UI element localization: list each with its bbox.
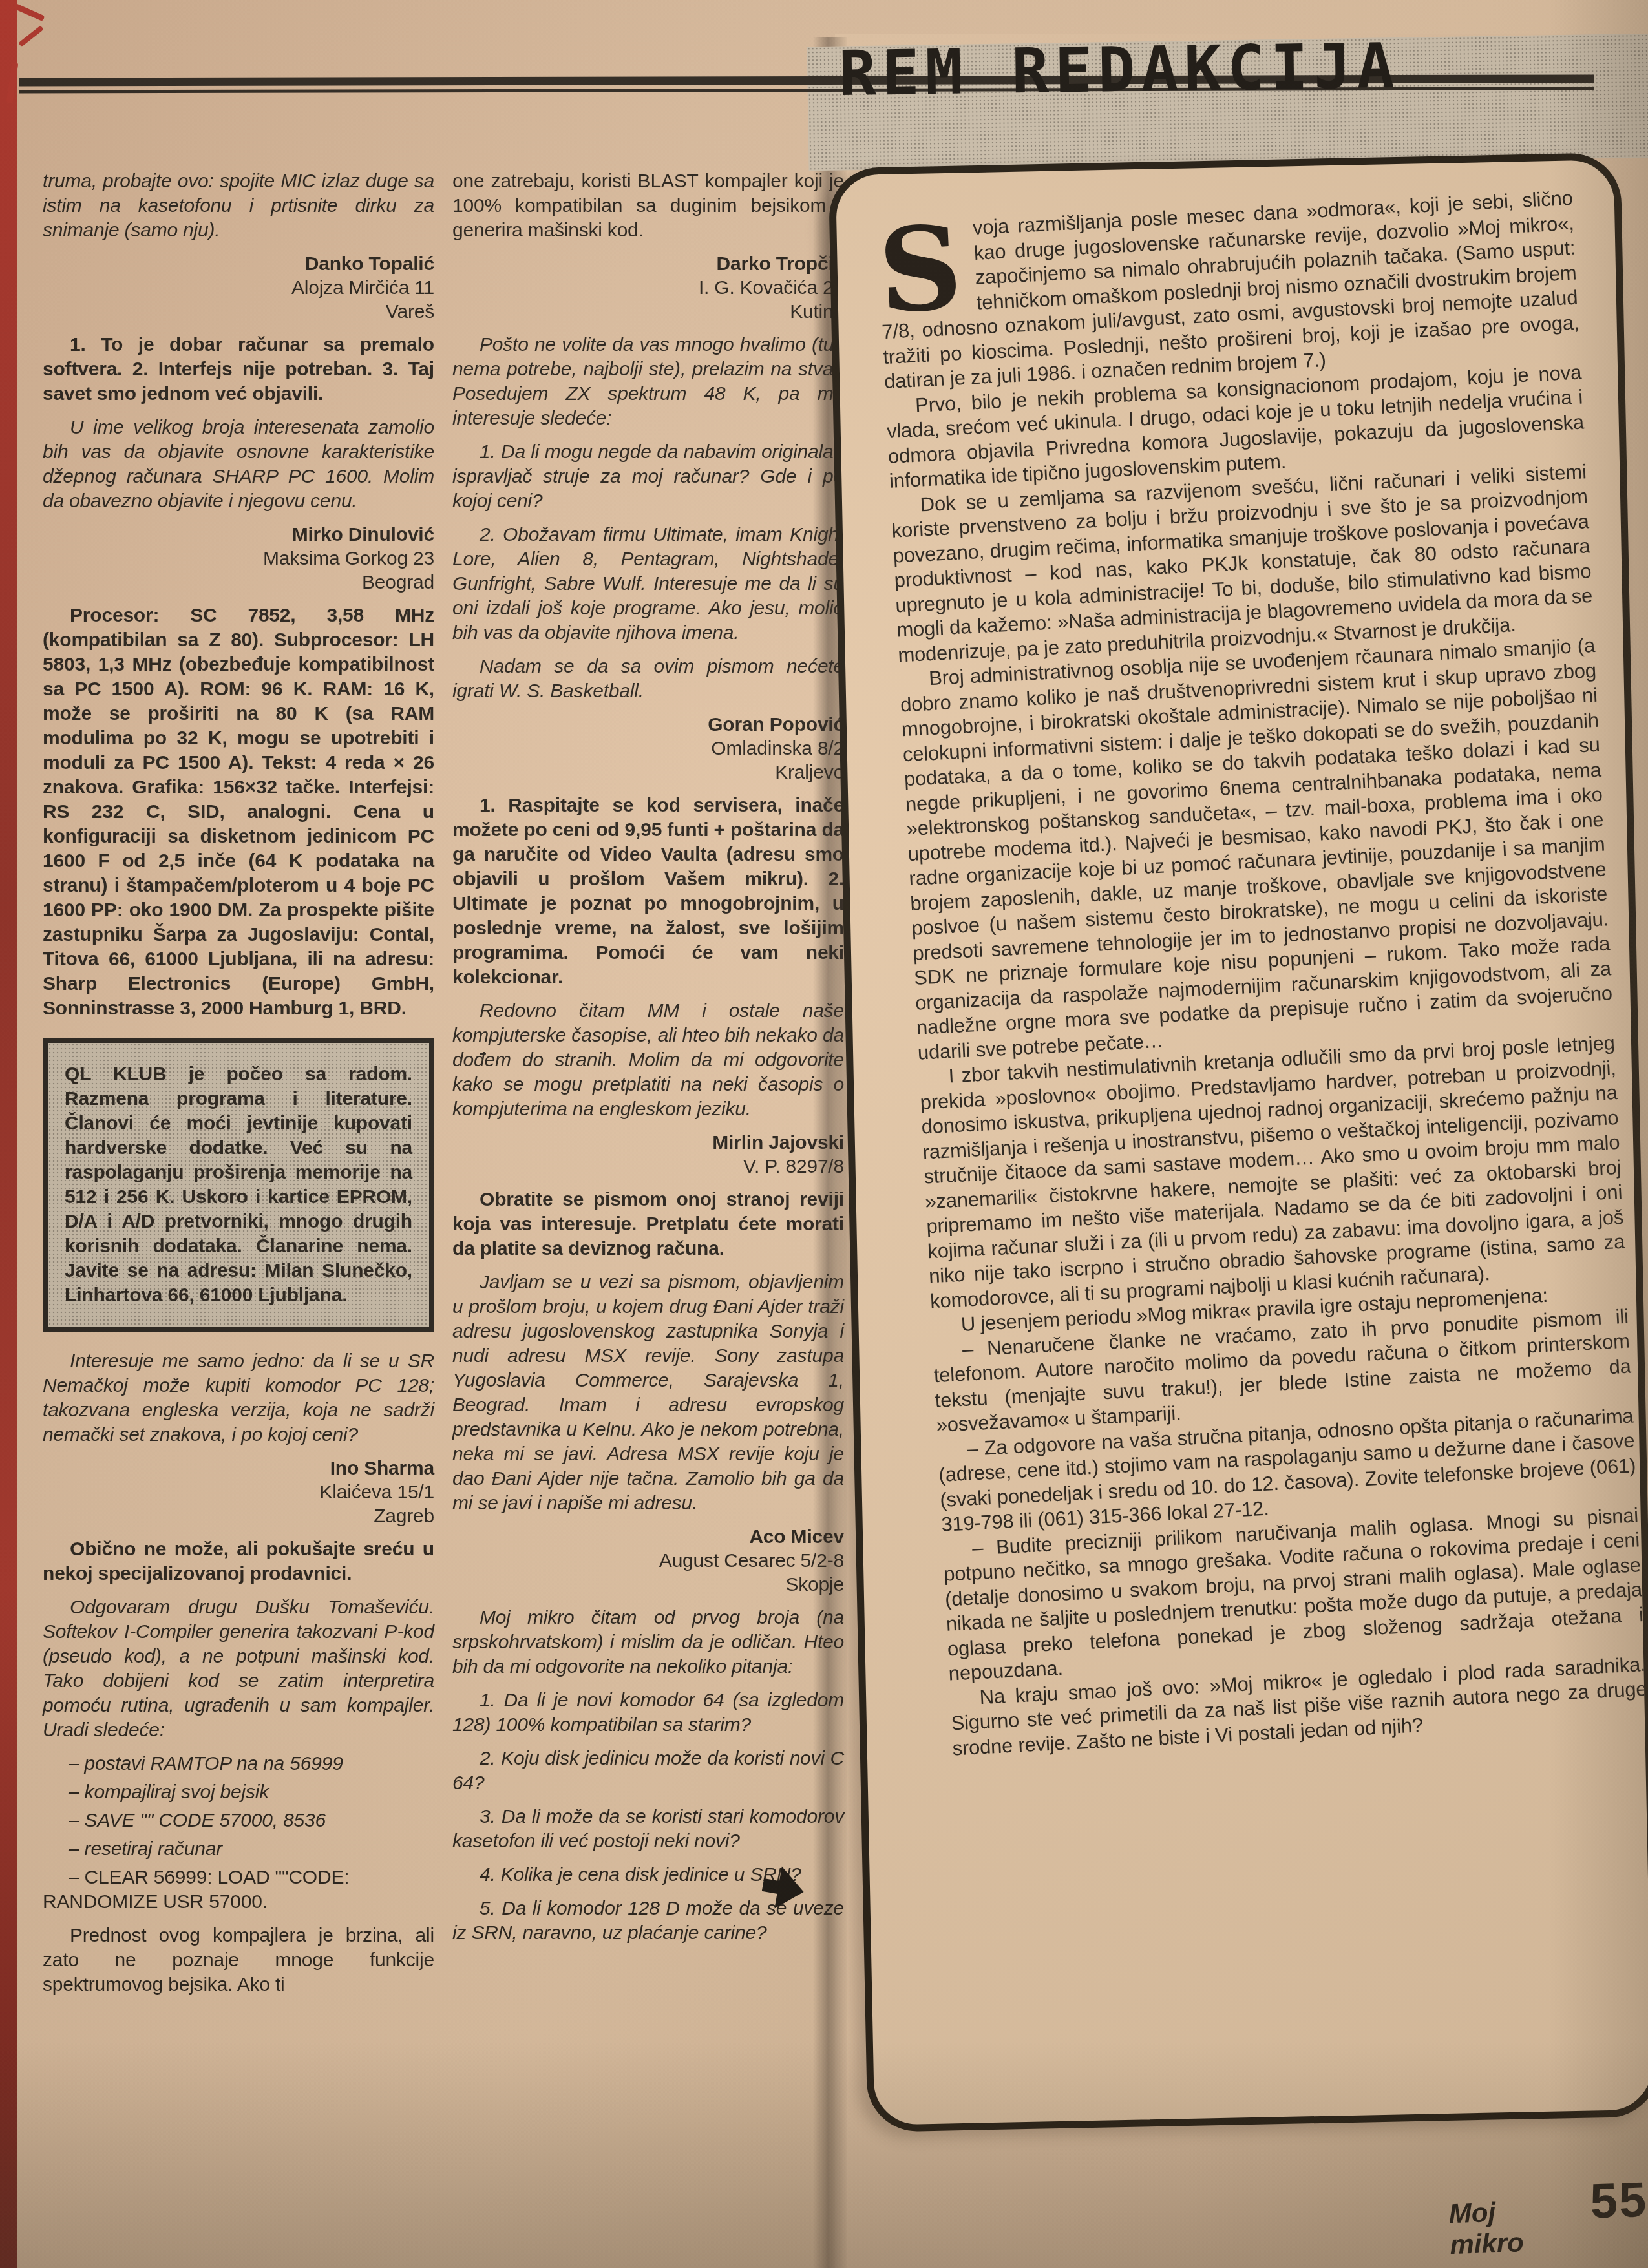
signature-address: Vareš bbox=[43, 300, 434, 324]
signature-name: Ino Sharma bbox=[43, 1456, 434, 1480]
letter-paragraph: Pošto ne volite da vas mnogo hvalimo (tu… bbox=[452, 333, 844, 431]
signature-address: I. G. Kovačića 25 bbox=[452, 276, 844, 300]
signature-address: August Cesarec 5/2-8 bbox=[452, 1549, 844, 1573]
letter-paragraph: Nadam se da sa ovim pismom nećete igrati… bbox=[452, 655, 844, 704]
answer-paragraph: Obratite se pismom onoj stranoj reviji k… bbox=[452, 1188, 844, 1261]
section-title: REM REDAKCIJA bbox=[838, 34, 1400, 106]
code-step: – resetiraj računar bbox=[43, 1837, 434, 1862]
red-pen-mark bbox=[18, 25, 44, 47]
editorial-paragraph: Svoja razmišljanja posle mesec dana »odm… bbox=[876, 186, 1581, 395]
drop-cap: S bbox=[876, 223, 964, 316]
magazine-page: REM REDAKCIJA truma, probajte ovo: spoji… bbox=[0, 0, 1648, 2268]
letter-paragraph: 3. Da li može da se koristi stari komodo… bbox=[452, 1805, 844, 1854]
letter-paragraph: Interesuje me samo jedno: da li se u SR … bbox=[43, 1349, 434, 1447]
answer-paragraph: 1. To je dobar računar sa premalo softve… bbox=[43, 333, 434, 406]
answer-paragraph: Procesor: SC 7852, 3,58 MHz (kompatibila… bbox=[43, 604, 434, 1021]
magazine-name: Moj mikro bbox=[1448, 2194, 1576, 2261]
signature-address: Alojza Mirčića 11 bbox=[43, 276, 434, 300]
signature-name: Darko Tropčić bbox=[452, 252, 844, 276]
signature-name: Mirlin Jajovski bbox=[452, 1131, 844, 1155]
letters-column-2: one zatrebaju, koristi BLAST kompajler k… bbox=[452, 169, 844, 1955]
code-step: – postavi RAMTOP na na 56999 bbox=[43, 1752, 434, 1776]
signature-name: Mirko Dinulović bbox=[43, 523, 434, 547]
left-margin-red-strip bbox=[0, 0, 17, 2268]
letter-paragraph: truma, probajte ovo: spojite MIC izlaz d… bbox=[43, 169, 434, 243]
letter-paragraph: one zatrebaju, koristi BLAST kompajler k… bbox=[452, 169, 844, 243]
signature-address: Zagreb bbox=[43, 1504, 434, 1528]
editorial-text: Svoja razmišljanja posle mesec dana »odm… bbox=[876, 186, 1648, 1761]
page-footer: Moj mikro 55 bbox=[1448, 2172, 1648, 2261]
letter-paragraph: 2. Koju disk jedinicu može da koristi no… bbox=[452, 1747, 844, 1796]
letter-paragraph: Prednost ovog kompajlera je brzina, ali … bbox=[43, 1924, 434, 1997]
editorial-paragraph: I zbor takvih nestimulativnih kretanja o… bbox=[918, 1031, 1627, 1314]
letter-paragraph: Moj mikro čitam od prvog broja (na srpsk… bbox=[452, 1606, 844, 1679]
signature-name: Goran Popović bbox=[452, 713, 844, 737]
code-step: – CLEAR 56999: LOAD ""CODE: RANDOMIZE US… bbox=[43, 1865, 434, 1915]
letter-paragraph: 2. Obožavam firmu Ultimate, imam Knight … bbox=[452, 523, 844, 646]
letter-paragraph: Javljam se u vezi sa pismom, objavljenim… bbox=[452, 1270, 844, 1516]
code-step: – kompajliraj svoj bejsik bbox=[43, 1780, 434, 1805]
signature-address: Skopje bbox=[452, 1573, 844, 1597]
code-step: – SAVE "" CODE 57000, 8536 bbox=[43, 1809, 434, 1833]
editorial-paragraph: Dok se u zemljama sa razvijenom svešću, … bbox=[890, 459, 1594, 668]
signature-name: Danko Topalić bbox=[43, 252, 434, 276]
signature-address: Kutina bbox=[452, 300, 844, 324]
signature-address: Maksima Gorkog 23 bbox=[43, 547, 434, 571]
answer-paragraph: 1. Raspitajte se kod servisera, inače mo… bbox=[452, 793, 844, 990]
editorial-box: Svoja razmišljanja posle mesec dana »odm… bbox=[829, 152, 1648, 2132]
signature-address: Omladinska 8/2 bbox=[452, 737, 844, 761]
letters-column-1: truma, probajte ovo: spojite MIC izlaz d… bbox=[43, 169, 434, 2006]
letter-paragraph: U ime velikog broja interesenata zamolio… bbox=[43, 415, 434, 514]
continuation-arrow-icon bbox=[759, 1864, 811, 1913]
editorial-paragraph: Broj administrativnog osoblja nije se uv… bbox=[898, 633, 1614, 1066]
ql-club-text: QL KLUB je počeo sa radom. Razmena progr… bbox=[65, 1062, 412, 1308]
editorial-lead-text: voja razmišljanja posle mesec dana »odmo… bbox=[882, 187, 1579, 393]
signature-name: Aco Micev bbox=[452, 1525, 844, 1549]
ql-club-box: QL KLUB je počeo sa radom. Razmena progr… bbox=[43, 1038, 434, 1332]
arrow-head bbox=[774, 1867, 807, 1913]
answer-paragraph: Obično ne može, ali pokušajte sreću u ne… bbox=[43, 1537, 434, 1586]
letter-paragraph: 1. Da li je novi komodor 64 (sa izgledom… bbox=[452, 1688, 844, 1738]
letter-paragraph: 1. Da li mogu negde da nabavim originala… bbox=[452, 440, 844, 514]
signature-address: Beograd bbox=[43, 571, 434, 594]
red-pen-mark bbox=[12, 3, 45, 21]
page-number: 55 bbox=[1589, 2172, 1648, 2230]
signature-address: Klaićeva 15/1 bbox=[43, 1480, 434, 1504]
signature-address: Kraljevo bbox=[452, 761, 844, 784]
letter-paragraph: Redovno čitam MM i ostale naše kompjuter… bbox=[452, 999, 844, 1122]
letter-paragraph: Odgovaram drugu Dušku Tomaševiću. Softek… bbox=[43, 1595, 434, 1743]
signature-address: V. P. 8297/8 bbox=[452, 1155, 844, 1179]
